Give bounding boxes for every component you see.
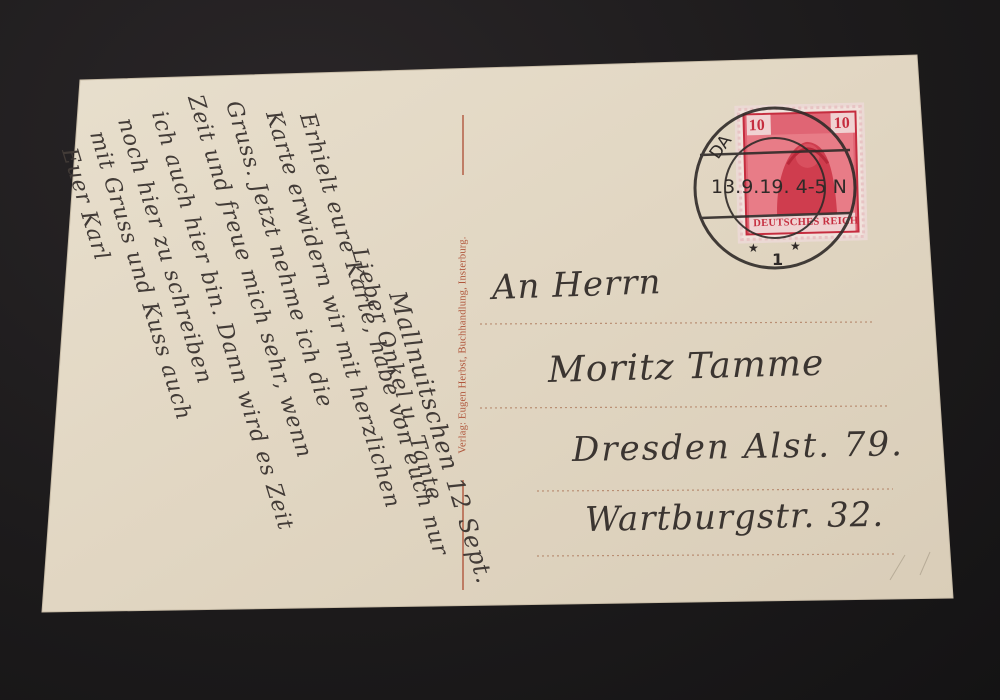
address-line-1: An Herrn [491, 262, 662, 308]
svg-text:DA: DA [706, 131, 737, 163]
address-line-3: Dresden Alst. 79. [572, 424, 905, 470]
address-line-4: Wartburgstr. 32. [585, 495, 885, 540]
postmark-office-number: 1 [772, 250, 783, 269]
address-line-2: Moritz Tamme [547, 343, 824, 391]
svg-text:★: ★ [790, 239, 801, 253]
svg-text:★: ★ [748, 241, 759, 255]
postmark-date: 13.9.19. 4-5 N [711, 176, 847, 198]
